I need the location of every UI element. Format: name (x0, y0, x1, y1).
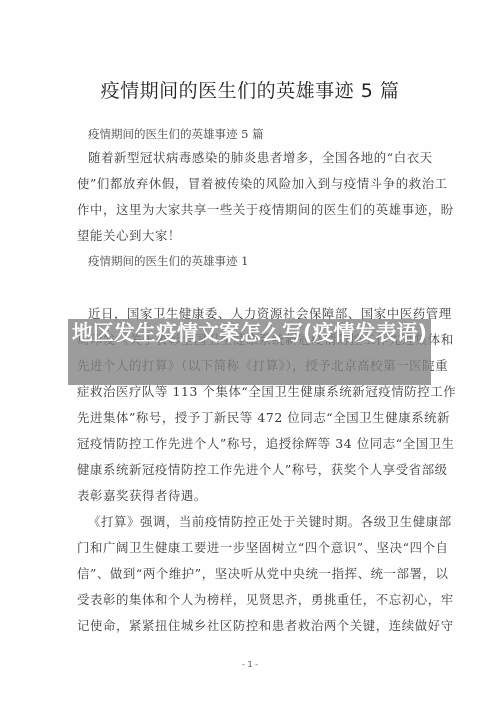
text-line: 先进集体”称号，授予丁新民等 472 位同志“全国卫生健康系统新 (77, 410, 433, 426)
text-line: 症救治医疗队等 113 个集体“全国卫生健康系统新冠疫情防控工作 (77, 384, 433, 400)
page-number: - 1 - (0, 660, 500, 669)
document-title: 疫情期间的医生们的英雄事迹 5 篇 (0, 76, 500, 103)
document-page: 疫情期间的医生们的英雄事迹 5 篇 疫情期间的医生们的英雄事迹 5 篇随着新型冠… (0, 0, 500, 706)
text-line: 门和广阔卫生健康工要进一步坚固树立“四个意识”、坚决“四个自 (77, 540, 433, 556)
text-line: 冠疫情防控工作先进个人”称号，追授徐辉等 34 位同志“全国卫生 (77, 436, 433, 452)
text-line: 记使命，紧紧扭住城乡社区防控和患者救治两个关键，连续做好守 (77, 618, 433, 634)
text-line: 信”、做到“两个维护”，坚决听从党中央统一指挥、统一部署，以 (77, 566, 433, 582)
text-line: 作中，这里为大家共享一些关于疫情期间的医生们的英雄事迹，盼 (77, 202, 433, 218)
text-line: 《打算》强调，当前疫情防控正处于关键时期。各级卫生健康部 (88, 514, 444, 530)
text-line: 望能关心到大家！ (77, 228, 433, 244)
text-line: 表彰嘉奖获得者待遇。 (77, 488, 433, 504)
text-line: 受表彰的集体和个人为榜样，见贤思齐，勇挑重任，不忘初心，牢 (77, 592, 433, 608)
overlay-banner-title: 地区发生疫情文案怎么写(疫情发表语) (68, 320, 431, 346)
text-line: 随着新型冠状病毒感染的肺炎患者增多，全国各地的“白衣天 (88, 150, 444, 166)
text-line: 使”们都放弃休假，冒着被传染的风险加入到与疫情斗争的救治工 (77, 176, 433, 192)
text-line: 疫情期间的医生们的英雄事迹 1 (88, 253, 444, 269)
text-line: 健康系统新冠疫情防控工作先进个人”称号，获奖个人享受省部级 (77, 462, 433, 478)
text-line: 疫情期间的医生们的英雄事迹 5 篇 (88, 126, 444, 142)
